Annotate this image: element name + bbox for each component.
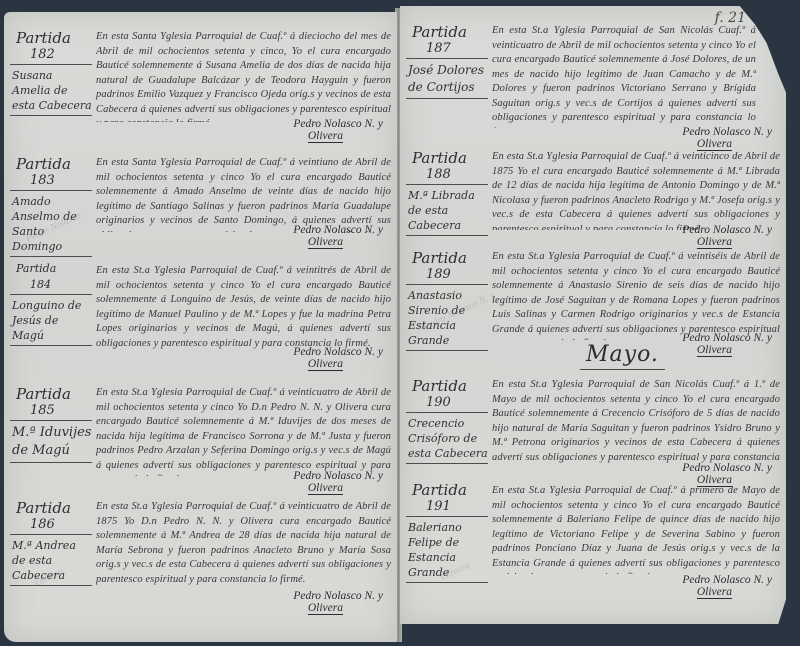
partida-label: Partida	[406, 150, 488, 167]
priest-signature: Pedro Nolasco N. y Olivera	[682, 126, 772, 150]
entry-text: En esta St.a Yglesia Parroquial de Cuaf.…	[492, 150, 780, 230]
margin-rule	[10, 115, 92, 116]
priest-signature: Pedro Nolasco N. y Olivera	[293, 470, 383, 494]
entry-text: En esta Santa Yglesia Parroquial de Cuaf…	[96, 156, 391, 232]
partida-label: Partida	[406, 482, 488, 499]
partida-label: Partida	[10, 260, 92, 277]
signature-name: Pedro Nolasco N. y	[682, 224, 772, 236]
partida-number: 186	[10, 517, 92, 532]
margin-rule	[10, 534, 92, 535]
partida-label: Partida	[406, 378, 488, 395]
baptized-name: Susana Amelia de esta Cabecera	[10, 68, 92, 113]
priest-signature: Pedro Nolasco N. y Olivera	[682, 574, 772, 598]
margin-rule	[10, 256, 92, 257]
signature-surname: Olivera	[682, 586, 772, 598]
entry-text: En esta St.a Yglesia Parroquial de Cuaf.…	[96, 264, 391, 352]
signature-surname: Olivera	[682, 344, 772, 356]
signature-surname: Olivera	[293, 482, 383, 494]
margin-rule	[406, 516, 488, 517]
margin-rule	[10, 64, 92, 65]
entry-text: En esta St.a Yglesia Parroquial de San N…	[492, 378, 780, 466]
margin-rule	[406, 98, 488, 99]
signature-surname: Olivera	[293, 236, 383, 248]
baptized-name: M.ª Librada de esta Cabecera	[406, 188, 488, 233]
signature-name: Pedro Nolasco N. y	[293, 470, 383, 482]
entry-margin: Partida 184 Longuino de Jesús de Magú	[10, 260, 92, 349]
partida-label: Partida	[10, 500, 92, 517]
partida-label: Partida	[10, 156, 92, 173]
margin-rule	[406, 412, 488, 413]
margin-rule	[406, 184, 488, 185]
margin-rule	[10, 345, 92, 346]
partida-number: 185	[10, 403, 92, 418]
right-page: f. 21 Partida 187 José Dolores de Cortij…	[400, 6, 786, 624]
priest-signature: Pedro Nolasco N. y Olivera	[293, 118, 383, 142]
margin-rule	[10, 190, 92, 191]
margin-rule	[406, 350, 488, 351]
priest-signature: Pedro Nolasco N. y Olivera	[293, 224, 383, 248]
signature-surname: Olivera	[682, 236, 772, 248]
entry-text: En esta St.a Yglesia Parroquial de San N…	[492, 24, 756, 128]
margin-rule	[10, 585, 92, 586]
margin-rule	[406, 58, 488, 59]
entry-margin: Partida 185 M.ª Iduvijes de Magú	[10, 386, 92, 466]
baptized-name: Crecencio Crisóforo de esta Cabecera	[406, 416, 488, 461]
signature-surname: Olivera	[293, 130, 383, 142]
partida-number: 189	[406, 267, 488, 282]
signature-surname: Olivera	[293, 358, 383, 370]
baptized-name: Longuino de Jesús de Magú	[10, 298, 92, 343]
partida-label: Partida	[406, 24, 488, 41]
partida-number: 187	[406, 41, 488, 56]
entry-text: En esta St.a Yglesia Parroquial de Cuaf.…	[96, 500, 391, 588]
margin-rule	[406, 284, 488, 285]
signature-name: Pedro Nolasco N. y	[682, 574, 772, 586]
baptized-name: M.ª Iduvijes de Magú	[10, 424, 92, 460]
partida-number: 191	[406, 499, 488, 514]
signature-name: Pedro Nolasco N. y	[682, 462, 772, 474]
entry-text: En esta Santa Yglesia Parroquial de Cuaf…	[96, 30, 391, 122]
signature-name: Pedro Nolasco N. y	[293, 590, 383, 602]
partida-label: Partida	[406, 250, 488, 267]
margin-rule	[10, 420, 92, 421]
margin-rule	[10, 462, 92, 463]
margin-rule	[10, 294, 92, 295]
entry-margin: Partida 183 Amado Anselmo de Santo Domin…	[10, 156, 92, 260]
signature-name: Pedro Nolasco N. y	[682, 126, 772, 138]
signature-surname: Olivera	[682, 138, 772, 150]
partida-number: 190	[406, 395, 488, 410]
baptized-name: José Dolores de Cortijos	[406, 62, 488, 96]
month-header: Mayo.	[580, 342, 665, 370]
priest-signature: Pedro Nolasco N. y Olivera	[293, 346, 383, 370]
entry-text: En esta St.a Yglesia Parroquial de Cuaf.…	[96, 386, 391, 476]
margin-rule	[406, 235, 488, 236]
partida-label: Partida	[10, 30, 92, 47]
entry-text: En esta St.a Yglesia Parroquial de Cuaf.…	[492, 250, 780, 340]
entry-margin: Partida 187 José Dolores de Cortijos	[406, 24, 488, 102]
left-page: Partida 182 Susana Amelia de esta Cabece…	[4, 12, 397, 642]
margin-rule	[406, 463, 488, 464]
entry-margin: Partida 188 M.ª Librada de esta Cabecera	[406, 150, 488, 239]
partida-label: Partida	[10, 386, 92, 403]
signature-name: Pedro Nolasco N. y	[293, 118, 383, 130]
priest-signature: Pedro Nolasco N. y Olivera	[682, 332, 772, 356]
priest-signature: Pedro Nolasco N. y Olivera	[682, 462, 772, 486]
partida-number: 182	[10, 47, 92, 62]
partida-number: 184	[10, 277, 92, 292]
partida-number: 188	[406, 167, 488, 182]
priest-signature: Pedro Nolasco N. y Olivera	[682, 224, 772, 248]
signature-name: Pedro Nolasco N. y	[293, 346, 383, 358]
entry-text: En esta St.a Yglesia Parroquial de Cuaf.…	[492, 484, 780, 574]
entry-margin: Partida 182 Susana Amelia de esta Cabece…	[10, 30, 92, 119]
margin-rule	[406, 582, 488, 583]
signature-name: Pedro Nolasco N. y	[293, 224, 383, 236]
priest-signature: Pedro Nolasco N. y Olivera	[293, 590, 383, 614]
signature-surname: Olivera	[293, 602, 383, 614]
partida-number: 183	[10, 173, 92, 188]
signature-name: Pedro Nolasco N. y	[682, 332, 772, 344]
entry-margin: Partida 190 Crecencio Crisóforo de esta …	[406, 378, 488, 467]
